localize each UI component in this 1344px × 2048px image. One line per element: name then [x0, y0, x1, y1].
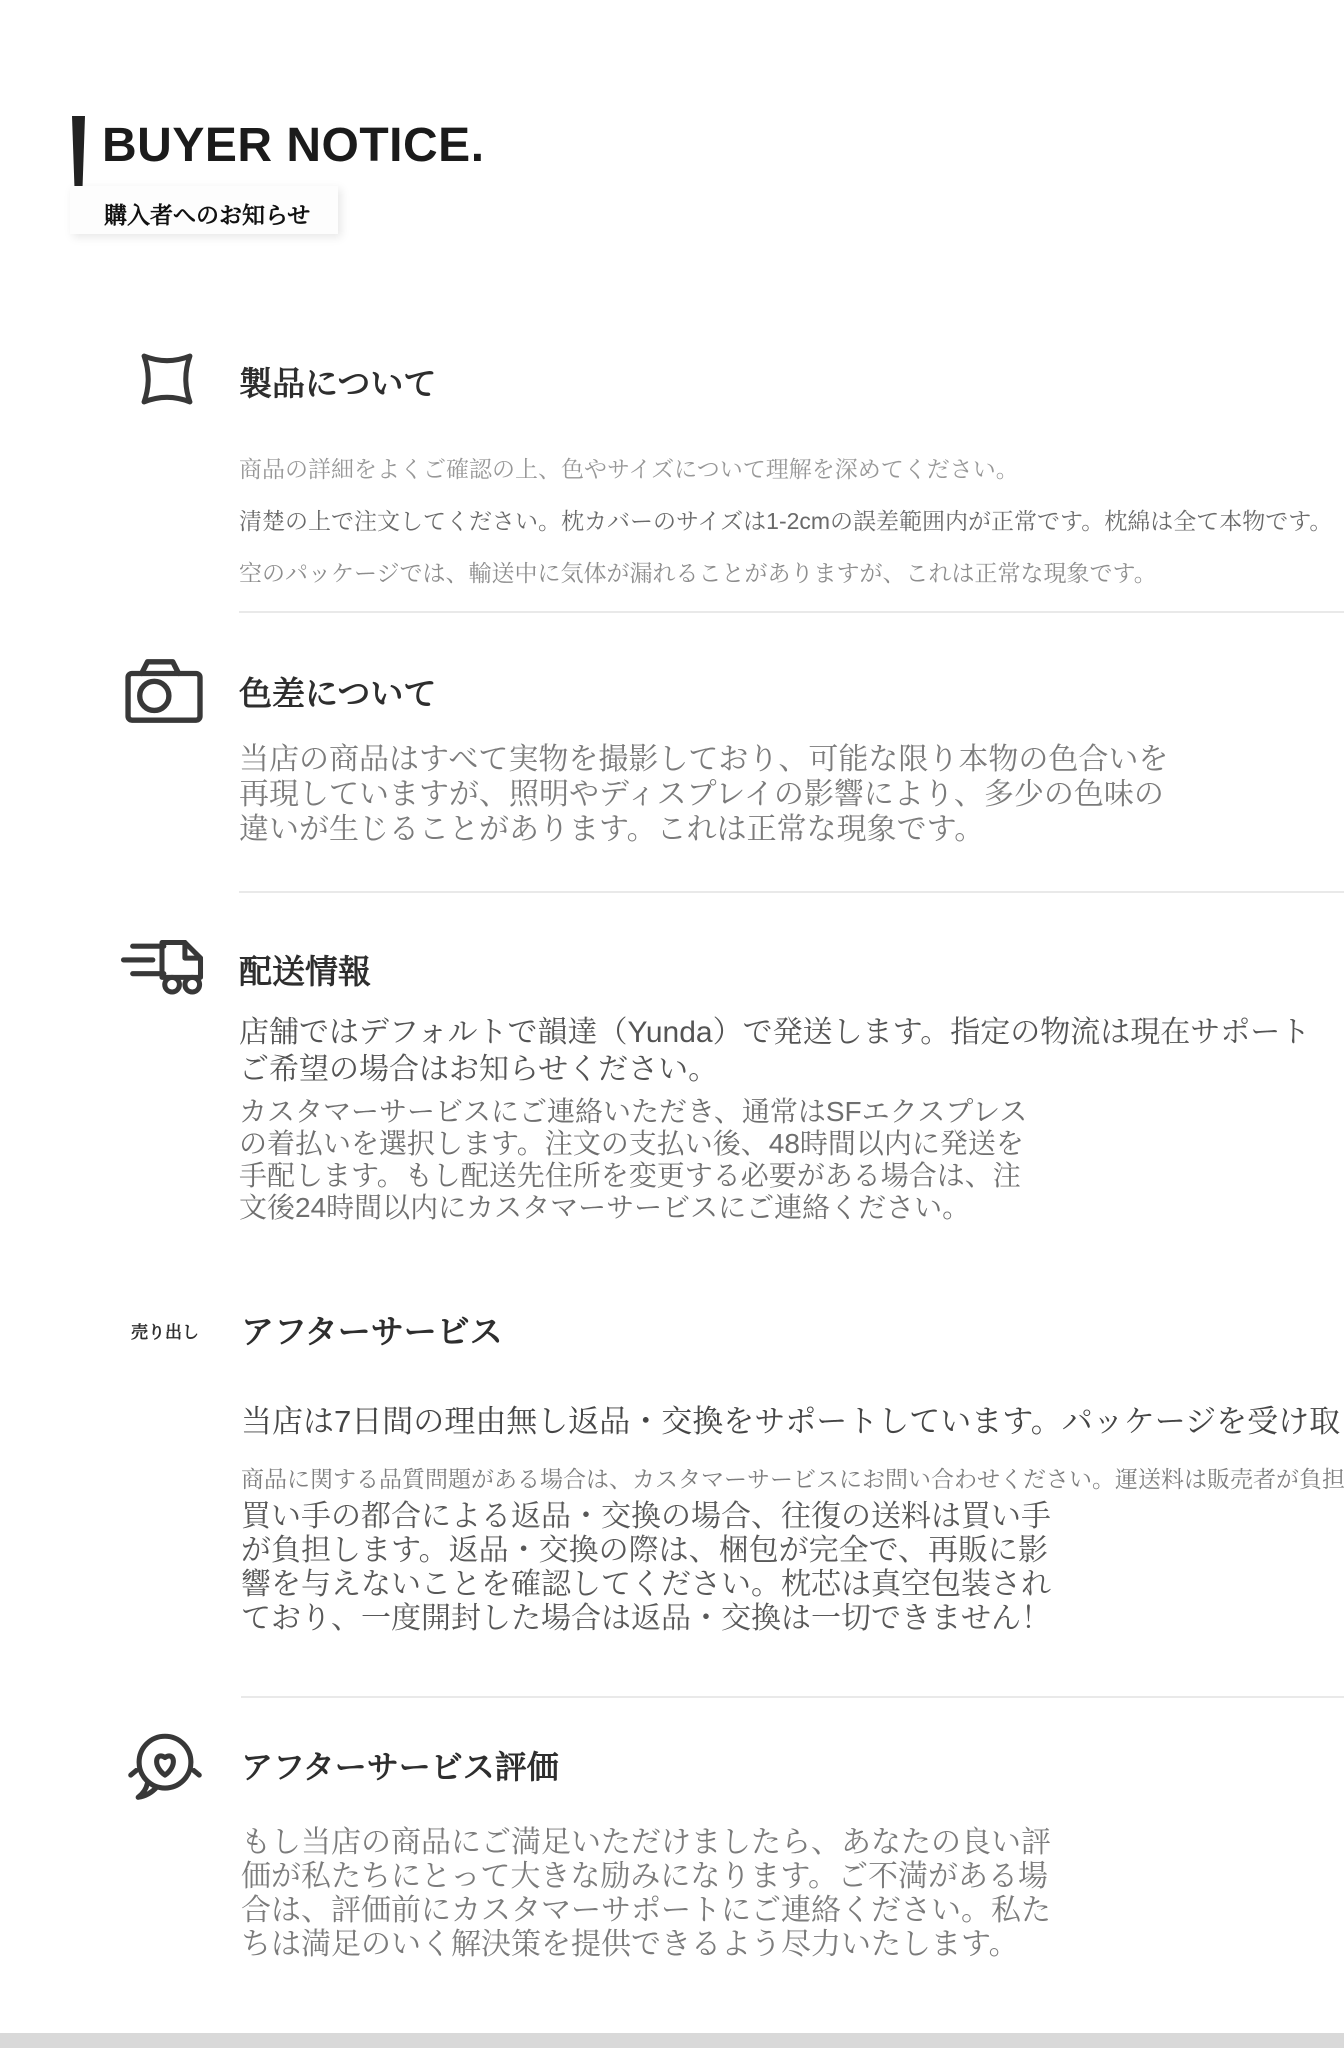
pillow-icon [134, 346, 200, 412]
shipping-detail-text: カスタマーサービスにご連絡いただき、通常はSFエクスプレス の着払いを選択します… [239, 1096, 1027, 1224]
shipping-intro-text: 店舗ではデフォルトで韻達（Yunda）で発送します。指定の物流は現在サポート ご… [239, 1014, 1310, 1088]
section-review-heading: アフターサービス評価 [241, 1742, 559, 1788]
buyer-notice-page: BUYER NOTICE. 購入者へのお知らせ 製品について 商品の詳細をよくご… [0, 0, 1344, 2048]
section-divider [239, 891, 1344, 893]
section-after-service-heading: アフターサービス [241, 1306, 503, 1353]
delivery-truck-icon [118, 934, 206, 1006]
after-service-note-text: 商品に関する品質問題がある場合は、カスタマーサービスにお問い合わせください。運送… [241, 1461, 1344, 1494]
page-title: BUYER NOTICE. [102, 118, 485, 173]
review-body-text: もし当店の商品にご満足いただけましたら、あなたの良い評 価が私たちにとって大きな… [241, 1826, 1051, 1962]
section-divider [241, 1696, 1344, 1698]
color-difference-text: 当店の商品はすべて実物を撮影しており、可能な限り本物の色合いを 再現していますが… [239, 742, 1168, 847]
sale-label: 売り出し [131, 1318, 199, 1343]
product-text-line: 清楚の上で注文してください。枕カバーのサイズは1-2cmの誤差範囲内が正常です。… [239, 503, 1332, 536]
product-text-line: 商品の詳細をよくご確認の上、色やサイズについて理解を深めてください。 [239, 451, 1019, 484]
accent-bar [72, 116, 85, 196]
section-product-heading: 製品について [239, 358, 436, 405]
bottom-divider-bar [0, 2033, 1344, 2048]
section-shipping-heading: 配送情報 [239, 946, 371, 993]
section-divider [239, 611, 1344, 613]
camera-icon [124, 656, 206, 726]
heart-chat-icon [128, 1726, 202, 1802]
after-service-lead-text: 当店は7日間の理由無し返品・交換をサポートしています。パッケージを受け取 [241, 1396, 1340, 1441]
product-text-line: 空のパッケージでは、輸送中に気体が漏れることがありますが、これは正常な現象です。 [239, 555, 1157, 588]
after-service-body-text: 買い手の都合による返品・交換の場合、往復の送料は買い手 が負担します。返品・交換… [241, 1500, 1051, 1636]
page-subtitle: 購入者へのお知らせ [104, 197, 310, 230]
section-color-heading: 色差について [239, 668, 436, 715]
